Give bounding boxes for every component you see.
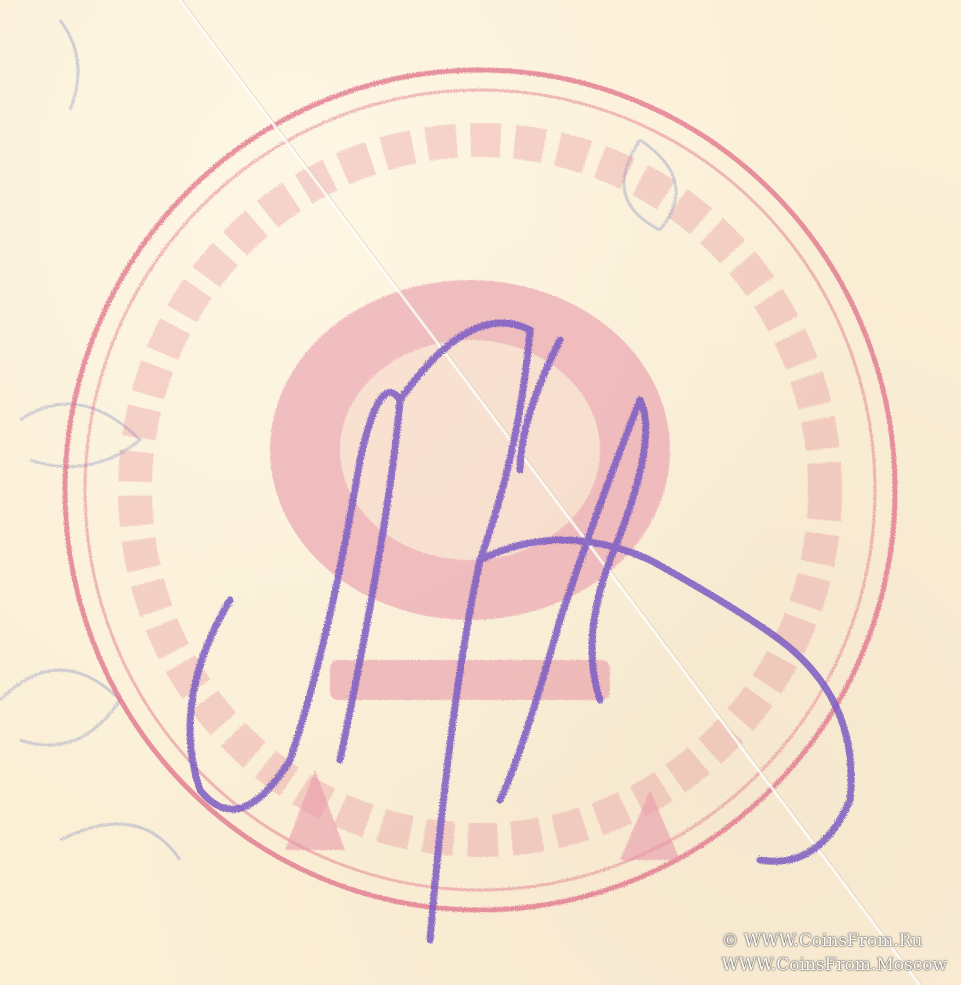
watermark-line-2: WWW.CoinsFrom.Moscow: [721, 953, 947, 977]
watermark-line-1: © WWW.CoinsFrom.Ru: [721, 929, 947, 953]
stamp-and-signature: [0, 0, 961, 985]
watermark: © WWW.CoinsFrom.Ru WWW.CoinsFrom.Moscow: [721, 929, 947, 977]
